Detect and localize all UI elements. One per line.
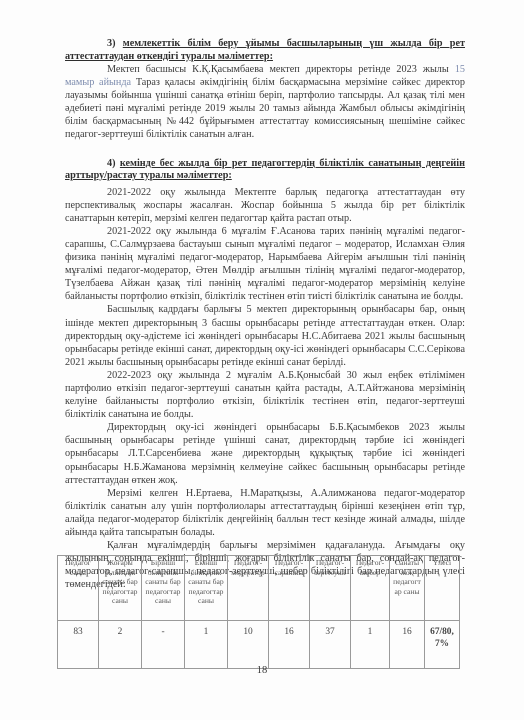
column-header: Екінші біліктілік санаты бар педагогтар … [185, 556, 228, 621]
column-header: Жоғары біліктілік санаты бар педагогтар … [99, 556, 142, 621]
column-header: Педагог-сарапшы [269, 556, 310, 621]
section-4-paragraph: 2021-2022 оқу жылында 6 мұғалім Ғ.Асанов… [65, 225, 465, 304]
column-header: Педагог саны [58, 556, 99, 621]
section-4-title: кемінде бес жылда бір рет педагогтердің … [65, 158, 465, 182]
table-cell-share: 67/80, 7% [425, 621, 460, 669]
table-header-row: Педагог саны Жоғары біліктілік санаты ба… [58, 556, 460, 621]
table-cell: 2 [99, 621, 142, 669]
section-4-paragraph: Басшылық кадрдағы барлығы 5 мектеп дирек… [65, 303, 465, 368]
section-4-paragraph: 2022-2023 оқу жылында 2 мұғалім А.Б.Қоны… [65, 369, 465, 421]
table-cell: 16 [269, 621, 310, 669]
section-4-heading: 4) кемінде бес жылда бір рет педагогтерд… [65, 158, 465, 183]
column-header: Педагог-модератор [228, 556, 269, 621]
table-row: 83 2 - 1 10 16 37 1 16 67/80, 7% [58, 621, 460, 669]
section-4-number: 4) [65, 158, 116, 169]
table-cell: 37 [310, 621, 351, 669]
table-cell: 10 [228, 621, 269, 669]
qualification-table: Педагог саны Жоғары біліктілік санаты ба… [57, 555, 460, 669]
table-cell: 1 [351, 621, 390, 669]
column-header: Педагог-зерттеуші [310, 556, 351, 621]
column-header: Педагог-шебер [351, 556, 390, 621]
paragraph-text: Мектеп басшысы К.Қ.Қасымбаева мектеп дир… [107, 64, 455, 75]
column-header: Бірінші біліктілік санаты бар педагогтар… [142, 556, 185, 621]
column-header: Санаты жоқ педагогт ар саны [390, 556, 425, 621]
section-4-paragraph: Директордың оқу-ісі жөніндегі орынбасары… [65, 421, 465, 486]
table-cell: 83 [58, 621, 99, 669]
section-4-paragraph: 2021-2022 оқу жылында Мектепте барлық пе… [65, 186, 465, 225]
section-3-paragraph: Мектеп басшысы К.Қ.Қасымбаева мектеп дир… [65, 63, 465, 142]
table-cell: 1 [185, 621, 228, 669]
section-3-title: мемлекеттік білім беру ұйымы басшыларыны… [65, 38, 465, 62]
section-4-paragraph: Мерзімі келген Н.Ертаева, Н.Маратқызы, А… [65, 487, 465, 539]
section-3-number: 3) [65, 38, 116, 49]
section-3-heading: 3) мемлекеттік білім беру ұйымы басшылар… [65, 38, 465, 63]
document-page: 3) мемлекеттік білім беру ұйымы басшылар… [65, 38, 465, 591]
table-cell: 16 [390, 621, 425, 669]
page-number: 18 [0, 665, 524, 676]
table-cell: - [142, 621, 185, 669]
column-header: Үлесі [425, 556, 460, 621]
